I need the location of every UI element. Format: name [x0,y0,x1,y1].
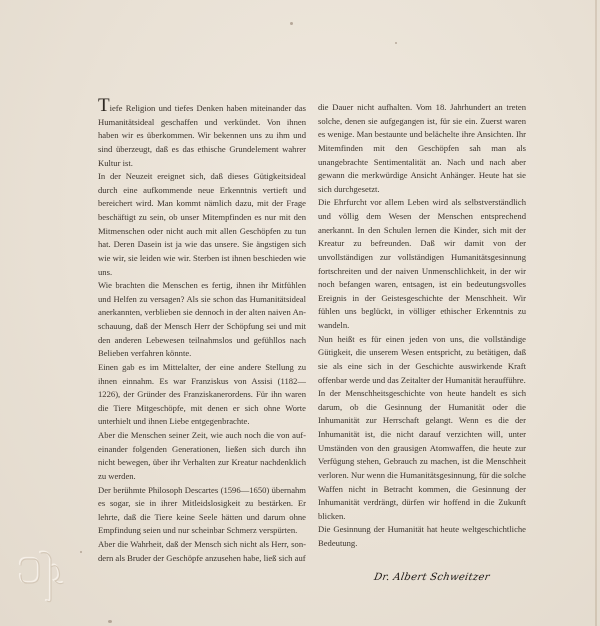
page-edge [595,0,597,626]
paper-speck [108,620,112,623]
document-body: Tiefe Religion und tiefes Denken haben m… [98,101,526,584]
paragraph: Tiefe Religion und tiefes Denken haben m… [98,101,306,170]
right-column: die Dauer nicht aufhalten. Vom 18. Jahrh… [318,101,526,584]
drop-cap: T [98,95,110,116]
embossed-monogram-logo [14,540,66,604]
paper-speck [290,22,293,25]
paragraph: Wie brachten die Menschen es fertig, ihn… [98,279,306,361]
paragraph: Der berühmte Philosoph Descartes (1596—1… [98,484,306,539]
paragraph: In der Neuzeit ereignet sich, daß dieses… [98,170,306,279]
paragraph: Die Gesinnung der Humanität hat heute we… [318,523,526,550]
paragraph: In der Menschheitsgeschichte von heute h… [318,387,526,523]
paper-speck [80,551,82,553]
signature: Dr. Albert Schweitzer [373,571,491,585]
paragraph: Nun heißt es für einen jeden von uns, di… [318,333,526,388]
paragraph: Aber die Wahrheit, daß der Mensch sich n… [98,538,306,565]
paragraph: Die Ehrfurcht vor allem Leben wird als s… [318,196,526,332]
paragraph: die Dauer nicht aufhalten. Vom 18. Jahrh… [318,101,526,196]
paragraph: Einen gab es im Mittelalter, der eine an… [98,361,306,429]
left-column: Tiefe Religion und tiefes Denken haben m… [98,101,306,584]
paragraph: Aber die Menschen seiner Zeit, wie auch … [98,429,306,484]
paper-speck [395,42,397,44]
paragraph-text: iefe Religion und tiefes Denken haben mi… [98,103,306,168]
